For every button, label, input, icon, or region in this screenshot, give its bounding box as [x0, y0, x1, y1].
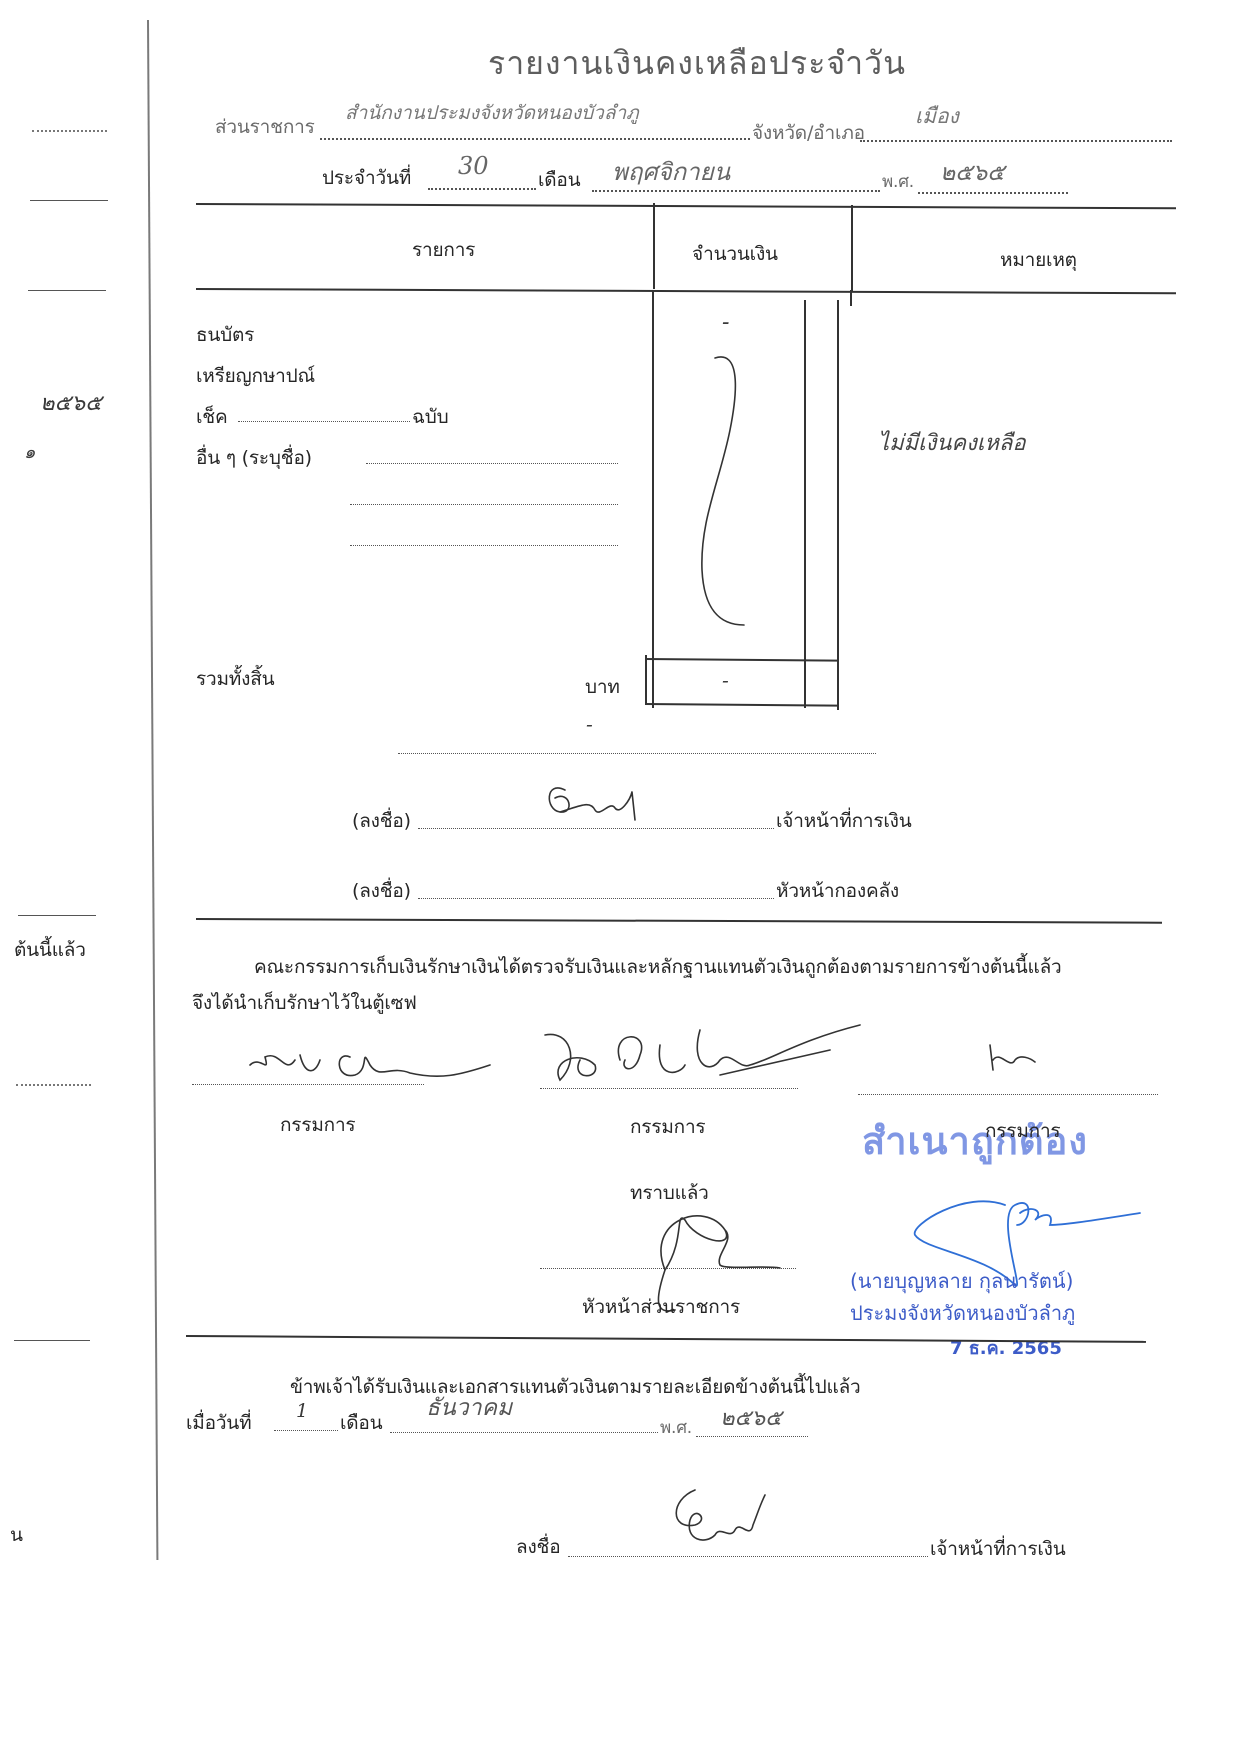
amount-col-left-border [652, 290, 654, 708]
item-cheque: เช็ค [196, 402, 228, 432]
margin-dotted-line [16, 1084, 91, 1086]
signature-role-finance-head: หัวหน้ากองคลัง [776, 876, 899, 906]
ditto-stroke-mark [680, 350, 760, 650]
committee-role-1: กรรมการ [280, 1110, 355, 1140]
receipt-year-value[interactable]: ๒๕๖๕ [720, 1400, 782, 1435]
committee-statement-line1: คณะกรรมการเก็บเงินรักษาเงินได้ตรวจรับเงิ… [254, 952, 1062, 982]
amount-in-words-line [398, 753, 876, 754]
province-value[interactable]: เมือง [915, 100, 959, 133]
day-value[interactable]: 30 [458, 152, 489, 180]
item-cheque-suffix: ฉบับ [412, 402, 448, 432]
total-box-left-border [645, 655, 647, 705]
receipt-sign-role: เจ้าหน้าที่การเงิน [930, 1534, 1066, 1564]
remark-col-divider [850, 290, 852, 306]
signature-committee-1 [240, 1035, 520, 1095]
amount-col-inner-divider [804, 300, 806, 708]
margin-dotted-line [32, 130, 107, 132]
agency-field-line [320, 138, 750, 140]
total-value: - [722, 668, 729, 692]
table-header-bottom-border [196, 288, 1176, 294]
remark-value: ไม่มีเงินคงเหลือ [878, 425, 1026, 460]
page-title: รายงานเงินคงเหลือประจำวัน [488, 38, 906, 89]
signature-prefix: (ลงชื่อ) [352, 876, 411, 906]
committee-role-3: กรรมการ [985, 1116, 1060, 1146]
receipt-month-line [390, 1432, 658, 1433]
margin-fragment: ต้นนี้แล้ว [14, 935, 86, 965]
province-field-line [860, 140, 1172, 142]
receipt-day-label: เมื่อวันที่ [186, 1408, 251, 1438]
receipt-month-value[interactable]: ธันวาคม [426, 1390, 512, 1426]
receipt-year-label: พ.ศ. [660, 1414, 692, 1441]
others-line-2 [350, 504, 618, 505]
fisheries-chief-position: ประมงจังหวัดหนองบัวลำภู [850, 1297, 1075, 1329]
total-label: รวมทั้งสิ้น [196, 664, 274, 694]
receipt-sign-label: ลงชื่อ [516, 1532, 560, 1562]
committee-line-1[interactable] [192, 1084, 424, 1085]
total-row-bottom-border [645, 703, 838, 706]
margin-line [30, 200, 108, 201]
month-value[interactable]: พฤศจิกายน [612, 152, 730, 191]
amount-banknotes: - [722, 310, 729, 335]
total-row-top-border [645, 658, 838, 661]
committee-line-3[interactable] [858, 1094, 1158, 1095]
cheque-count-line [238, 421, 410, 422]
agency-label: ส่วนราชการ [215, 112, 315, 142]
signature-role-finance-officer: เจ้าหน้าที่การเงิน [776, 806, 912, 836]
stamp-date: 7 ธ.ค. 2565 [950, 1333, 1062, 1362]
committee-statement-line2: จึงได้นำเก็บรักษาไว้ในตู้เซฟ [192, 988, 417, 1018]
receipt-statement: ข้าพเจ้าได้รับเงินและเอกสารแทนตัวเงินตาม… [290, 1372, 861, 1402]
signature-prefix: (ลงชื่อ) [352, 806, 411, 836]
margin-fragment: น [10, 1520, 23, 1550]
item-coins: เหรียญกษาปณ์ [196, 361, 315, 391]
year-field-line [918, 192, 1068, 194]
margin-line [14, 1340, 90, 1341]
receipt-year-line [696, 1436, 808, 1437]
column-header-item: รายการ [412, 235, 475, 265]
month-label: เดือน [538, 165, 580, 195]
receipt-day-value[interactable]: 1 [296, 1400, 308, 1422]
signature-line-finance-head[interactable] [418, 898, 774, 899]
total-unit: บาท [585, 672, 620, 702]
year-label: พ.ศ. [882, 168, 914, 195]
signature-receiver [665, 1485, 775, 1565]
day-field-line [428, 188, 536, 190]
column-header-amount: จำนวนเงิน [692, 239, 778, 269]
column-header-remark: หมายเหตุ [1000, 245, 1077, 275]
fisheries-chief-name: (นายบุญหลาย กุลนารัตน์) [850, 1265, 1073, 1297]
receipt-day-line [274, 1430, 338, 1431]
others-line-1 [366, 463, 618, 464]
table-col-divider [851, 205, 853, 291]
agency-value[interactable]: สำนักงานประมงจังหวัดหนองบัวลำภู [345, 98, 639, 128]
committee-role-2: กรรมการ [630, 1112, 705, 1142]
province-label: จังหวัด/อำเภอ [752, 118, 865, 148]
table-col-divider [653, 203, 655, 289]
committee-line-2[interactable] [540, 1088, 798, 1089]
others-line-3 [350, 545, 618, 546]
receipt-signature-line[interactable] [568, 1556, 928, 1557]
agency-head-role: หัวหน้าส่วนราชการ [582, 1292, 740, 1322]
amount-col-right-border [837, 300, 839, 710]
amount-in-words-value[interactable]: - [586, 712, 593, 736]
day-label: ประจำวันที่ [322, 163, 411, 193]
binding-fold-line [147, 20, 158, 1560]
margin-note-num: ๑ [24, 437, 35, 466]
item-banknotes: ธนบัตร [196, 320, 254, 350]
table-top-border [196, 203, 1176, 209]
signature-committee-3 [985, 1040, 1045, 1080]
item-others: อื่น ๆ (ระบุชื่อ) [196, 443, 312, 473]
section-divider [196, 918, 1162, 924]
receipt-month-label: เดือน [340, 1408, 382, 1438]
margin-note-year: ๒๕๖๕ [40, 385, 102, 420]
signature-finance-officer [540, 770, 650, 830]
year-value[interactable]: ๒๕๖๕ [940, 155, 1005, 191]
margin-line [28, 290, 106, 291]
margin-line [18, 915, 96, 916]
signature-line-agency-head[interactable] [540, 1268, 796, 1269]
